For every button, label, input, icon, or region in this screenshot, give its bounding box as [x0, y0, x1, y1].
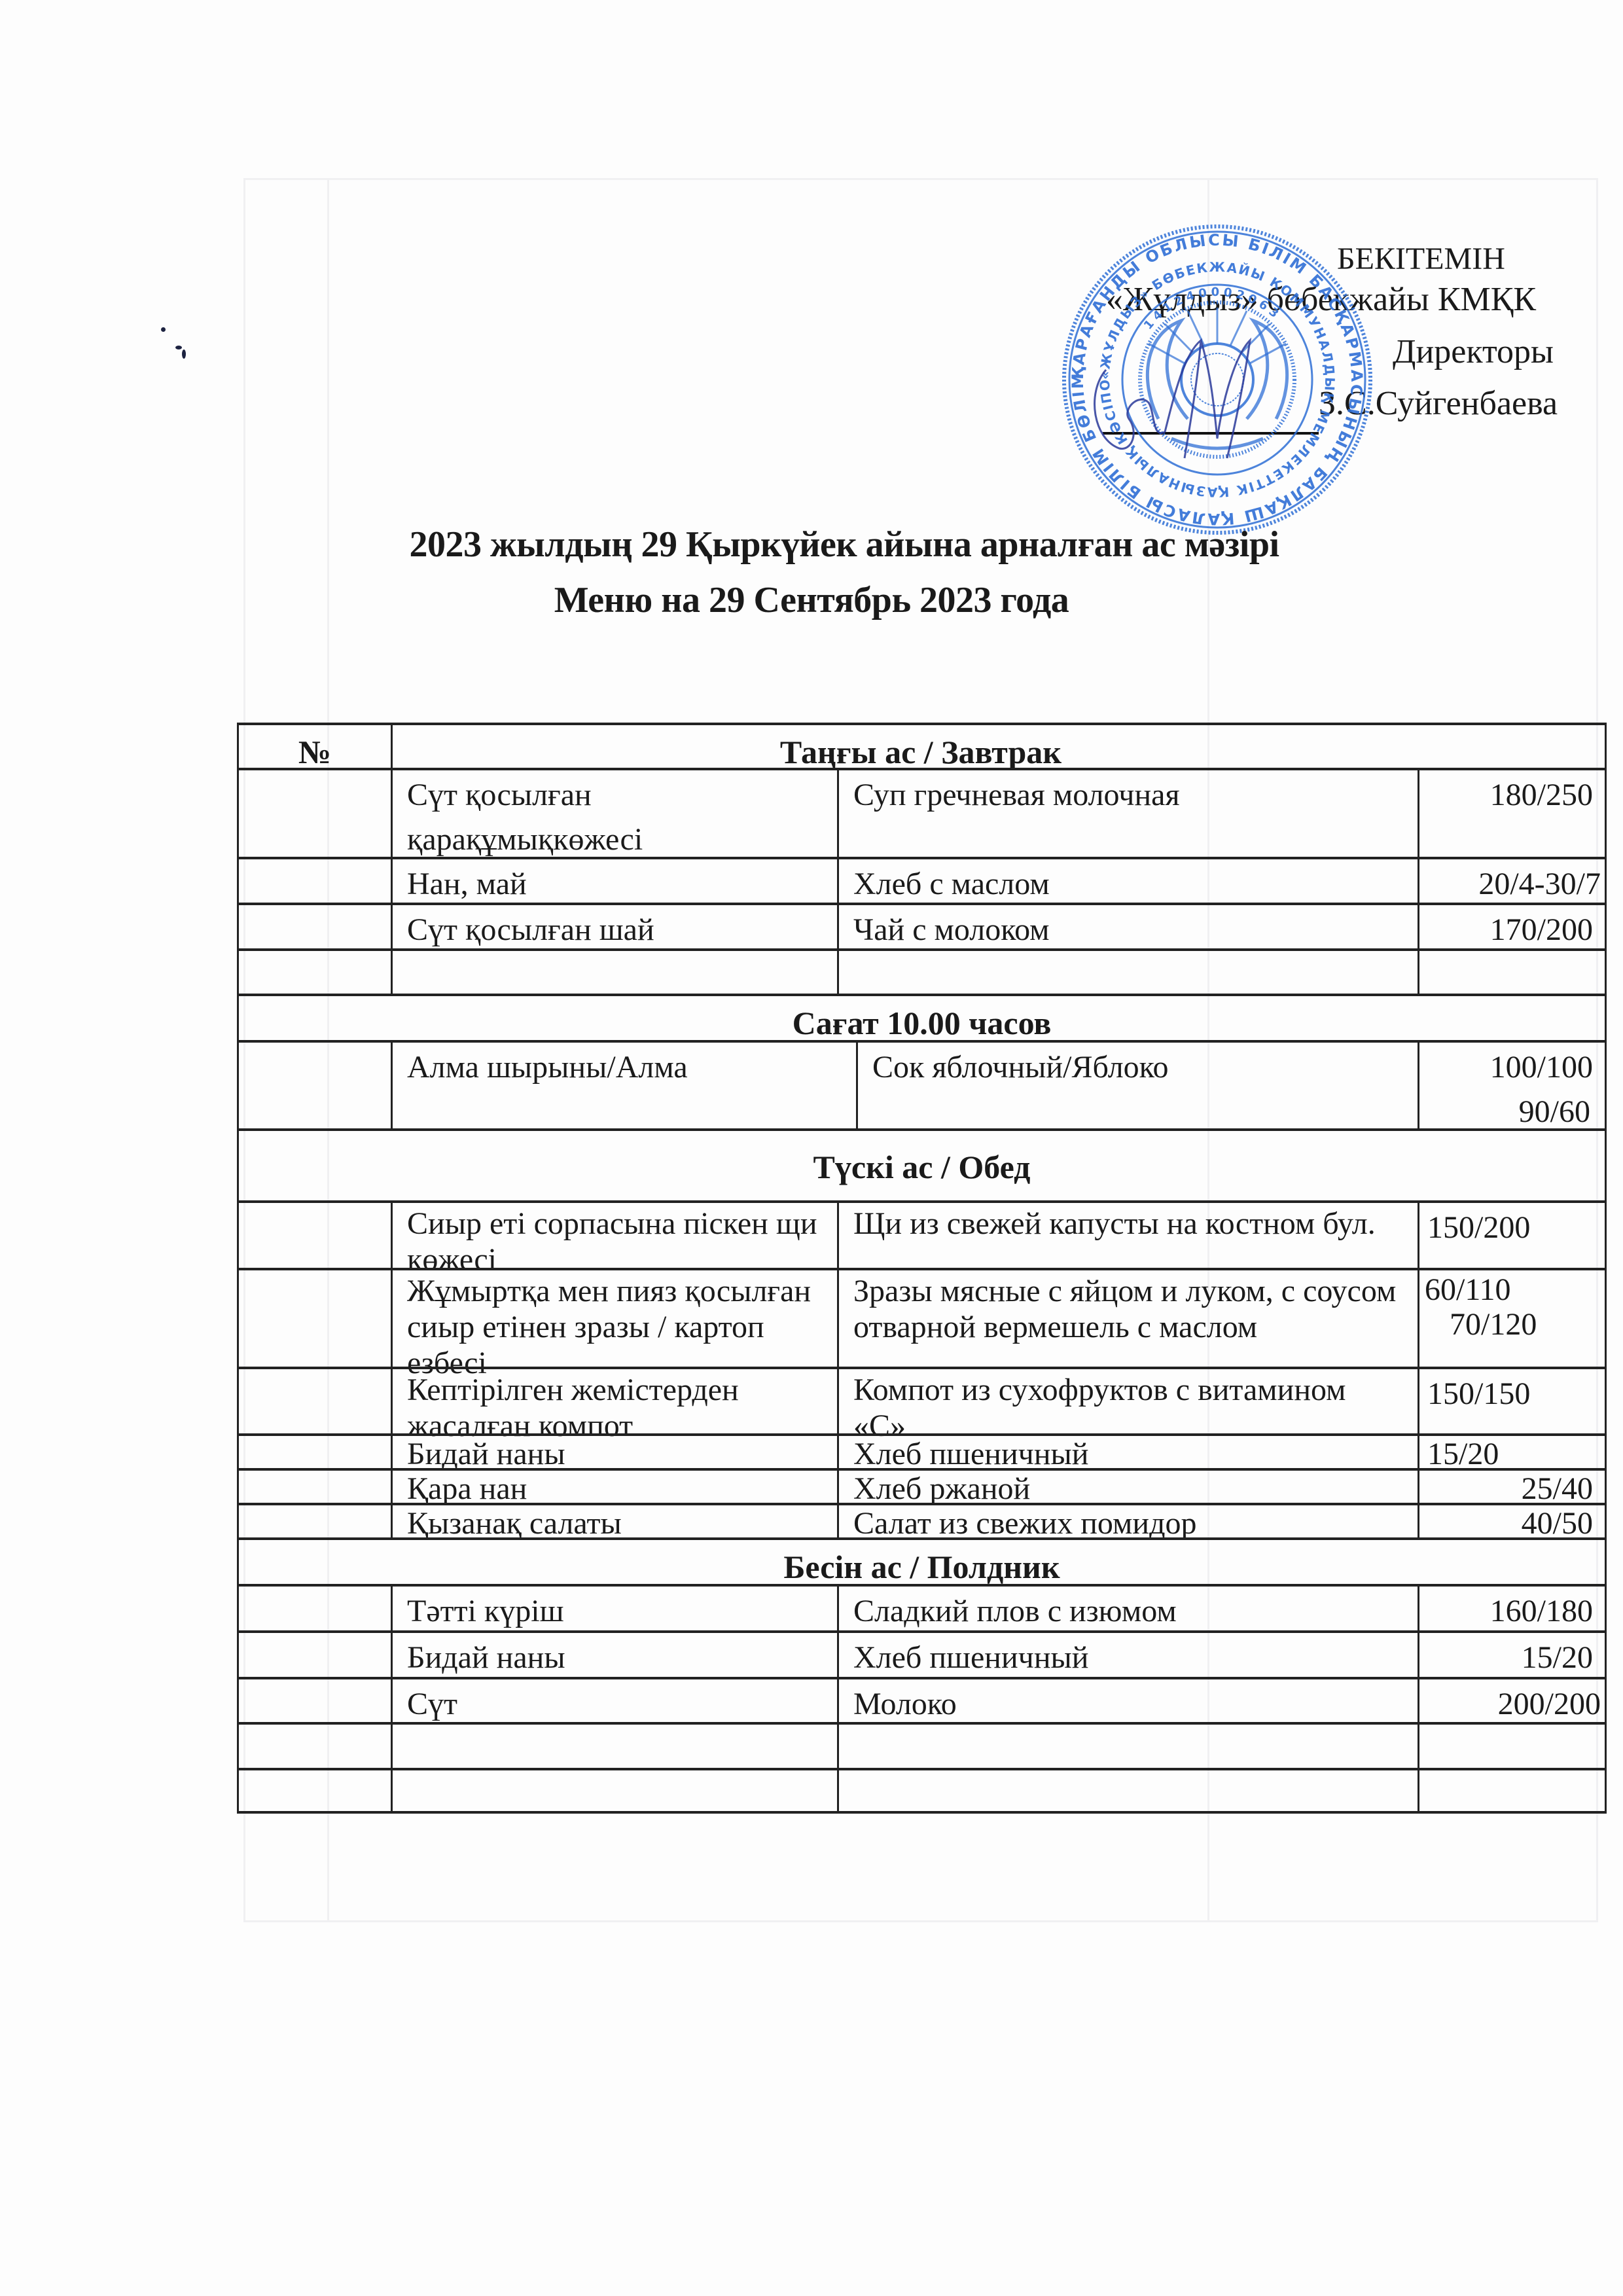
svg-text:ҚАРАҒАНДЫ ОБЛЫСЫ БІЛІМ БАСҚАРМ: ҚАРАҒАНДЫ ОБЛЫСЫ БІЛІМ БАСҚАРМАСЫНЫҢ БАЛ… — [1060, 223, 1366, 528]
row-number — [237, 1369, 391, 1433]
table-row: Қызанақ салаты Салат из свежих помидор 4… — [237, 1503, 1607, 1537]
table-row: Сиыр еті сорпасына піскен щи көжесі Щи и… — [237, 1200, 1607, 1268]
table-row: Бидай наны Хлеб пшеничный 15/20 — [237, 1630, 1607, 1677]
dish-name-kazakh: Нан, май — [391, 859, 837, 903]
row-number — [237, 859, 391, 903]
portion-amount: 200/200 — [1418, 1679, 1607, 1722]
dish-name-kazakh: Бидай наны — [391, 1436, 837, 1468]
portion-amount: 180/250 — [1418, 770, 1607, 857]
dish-name-russian: Сладкий плов с изюмом — [837, 1587, 1418, 1630]
portion-amount: 100/100 90/60 — [1418, 1043, 1607, 1128]
signature-line — [1103, 432, 1319, 435]
title-russian: Меню на 29 Сентябрь 2023 года — [0, 579, 1623, 621]
row-number — [237, 1770, 391, 1811]
portion-amount: 25/40 — [1418, 1471, 1607, 1503]
portion-amount: 150/200 — [1418, 1203, 1607, 1268]
section-title-breakfast: Таңғы ас / Завтрак — [391, 725, 1607, 768]
portion-amount: 20/4-30/7 — [1418, 859, 1607, 903]
title-kazakh: 2023 жылдың 29 Қыркүйек айына арналған а… — [0, 524, 1623, 565]
dish-name-russian: Хлеб ржаной — [837, 1471, 1418, 1503]
row-number — [237, 1436, 391, 1468]
dish-name-kazakh: Алма шырыны/Алма — [391, 1043, 856, 1128]
dish-name-russian: Хлеб пшеничный — [837, 1633, 1418, 1677]
dish-name-russian: Хлеб с маслом — [837, 859, 1418, 903]
row-number — [237, 1725, 391, 1768]
row-number — [237, 1203, 391, 1268]
scan-speck — [175, 346, 182, 350]
row-number — [237, 1505, 391, 1537]
table-row: Сүт қосылған шай Чай с молоком 170/200 — [237, 903, 1607, 948]
row-number — [237, 951, 391, 994]
dish-name-russian — [837, 951, 1418, 994]
dish-name-russian: Суп гречневая молочная — [837, 770, 1418, 857]
section-row-lunch: Түскі ас / Обед — [237, 1128, 1607, 1200]
table-row-empty — [237, 948, 1607, 994]
row-number — [237, 1679, 391, 1722]
dish-name-kazakh: Бидай наны — [391, 1633, 837, 1677]
row-number — [237, 905, 391, 948]
column-header-number: № — [237, 725, 391, 768]
table-row: Алма шырыны/Алма Сок яблочный/Яблоко 100… — [237, 1040, 1607, 1128]
dish-name-russian: Сок яблочный/Яблоко — [856, 1043, 1418, 1128]
approval-position: Директоры — [1393, 332, 1554, 371]
portion-amount — [1418, 951, 1607, 994]
row-number — [237, 1587, 391, 1630]
table-row: Тәтті күріш Сладкий плов с изюмом 160/18… — [237, 1584, 1607, 1630]
row-number — [237, 1471, 391, 1503]
approval-signatory: З.С.Суйгенбаева — [1319, 384, 1558, 423]
dish-name-kazakh: Сүт қосылған қарақұмықкөжесі — [391, 770, 837, 857]
row-number — [237, 1043, 391, 1128]
dish-name-kazakh: Тәтті күріш — [391, 1587, 837, 1630]
table-row: Кептірілген жемістерден жасалған компот … — [237, 1367, 1607, 1433]
dish-name-russian: Молоко — [837, 1679, 1418, 1722]
portion-amount: 15/20 — [1418, 1436, 1607, 1468]
portion-amount: 60/110 70/120 — [1418, 1270, 1607, 1367]
row-number — [237, 1270, 391, 1367]
portion-amount — [1418, 1725, 1607, 1768]
table-header-row: № Таңғы ас / Завтрак — [237, 723, 1607, 768]
dish-name-kazakh — [391, 1725, 837, 1768]
dish-name-russian — [837, 1770, 1418, 1811]
dish-name-kazakh — [391, 1770, 837, 1811]
svg-text:«ЖҰЛДЫЗ» БӨБЕКЖАЙЫ КОММУНАЛДЫҚ: «ЖҰЛДЫЗ» БӨБЕКЖАЙЫ КОММУНАЛДЫҚ МЕМЛЕКЕТТ… — [1060, 223, 1338, 500]
section-title-afternoon-snack: Бесін ас / Полдник — [237, 1540, 1607, 1584]
official-stamp-icon: ҚАРАҒАНДЫ ОБЛЫСЫ БІЛІМ БАСҚАРМАСЫНЫҢ БАЛ… — [1060, 223, 1374, 537]
dish-name-kazakh: Сүт қосылған шай — [391, 905, 837, 948]
section-title-snack-1000: Сағат 10.00 часов — [237, 996, 1607, 1040]
table-row: Бидай наны Хлеб пшеничный 15/20 — [237, 1433, 1607, 1468]
table-row: Сүт қосылған қарақұмықкөжесі Суп гречнев… — [237, 768, 1607, 857]
dish-name-russian: Чай с молоком — [837, 905, 1418, 948]
dish-name-russian: Хлеб пшеничный — [837, 1436, 1418, 1468]
section-title-lunch: Түскі ас / Обед — [237, 1131, 1607, 1200]
approval-heading: БЕКІТЕМІН — [1337, 241, 1505, 277]
dish-name-russian: Щи из свежей капусты на костном бул. — [837, 1203, 1418, 1268]
dish-name-kazakh — [391, 951, 837, 994]
portion-amount — [1418, 1770, 1607, 1811]
dish-name-russian: Салат из свежих помидор — [837, 1505, 1418, 1537]
dish-name-russian: Зразы мясные с яйцом и луком, с соусом о… — [837, 1270, 1418, 1367]
table-row-empty — [237, 1722, 1607, 1768]
table-row: Қара нан Хлеб ржаной 25/40 — [237, 1468, 1607, 1503]
section-row-snack-1000: Сағат 10.00 часов — [237, 994, 1607, 1040]
table-row: Сүт Молоко 200/200 — [237, 1677, 1607, 1722]
scan-speck — [182, 350, 186, 359]
portion-amount: 40/50 — [1418, 1505, 1607, 1537]
dish-name-russian: Компот из сухофруктов с витамином «С» — [837, 1369, 1418, 1433]
portion-amount: 150/150 — [1418, 1369, 1607, 1433]
table-row: Жұмыртқа мен пияз қосылған сиыр етінен з… — [237, 1268, 1607, 1367]
dish-name-russian — [837, 1725, 1418, 1768]
approval-organization: «Жұлдыз» бөбекжайы КМҚК — [1106, 280, 1536, 319]
portion-amount: 15/20 — [1418, 1633, 1607, 1677]
dish-name-kazakh: Қызанақ салаты — [391, 1505, 837, 1537]
row-number — [237, 770, 391, 857]
portion-amount: 170/200 — [1418, 905, 1607, 948]
dish-name-kazakh: Жұмыртқа мен пияз қосылған сиыр етінен з… — [391, 1270, 837, 1367]
dish-name-kazakh: Кептірілген жемістерден жасалған компот — [391, 1369, 837, 1433]
section-row-afternoon-snack: Бесін ас / Полдник — [237, 1537, 1607, 1584]
table-row: Нан, май Хлеб с маслом 20/4-30/7 — [237, 857, 1607, 903]
row-number — [237, 1633, 391, 1677]
table-row-empty — [237, 1768, 1607, 1814]
dish-name-kazakh: Сүт — [391, 1679, 837, 1722]
portion-amount: 160/180 — [1418, 1587, 1607, 1630]
scan-speck — [161, 327, 166, 332]
dish-name-kazakh: Қара нан — [391, 1471, 837, 1503]
dish-name-kazakh: Сиыр еті сорпасына піскен щи көжесі — [391, 1203, 837, 1268]
